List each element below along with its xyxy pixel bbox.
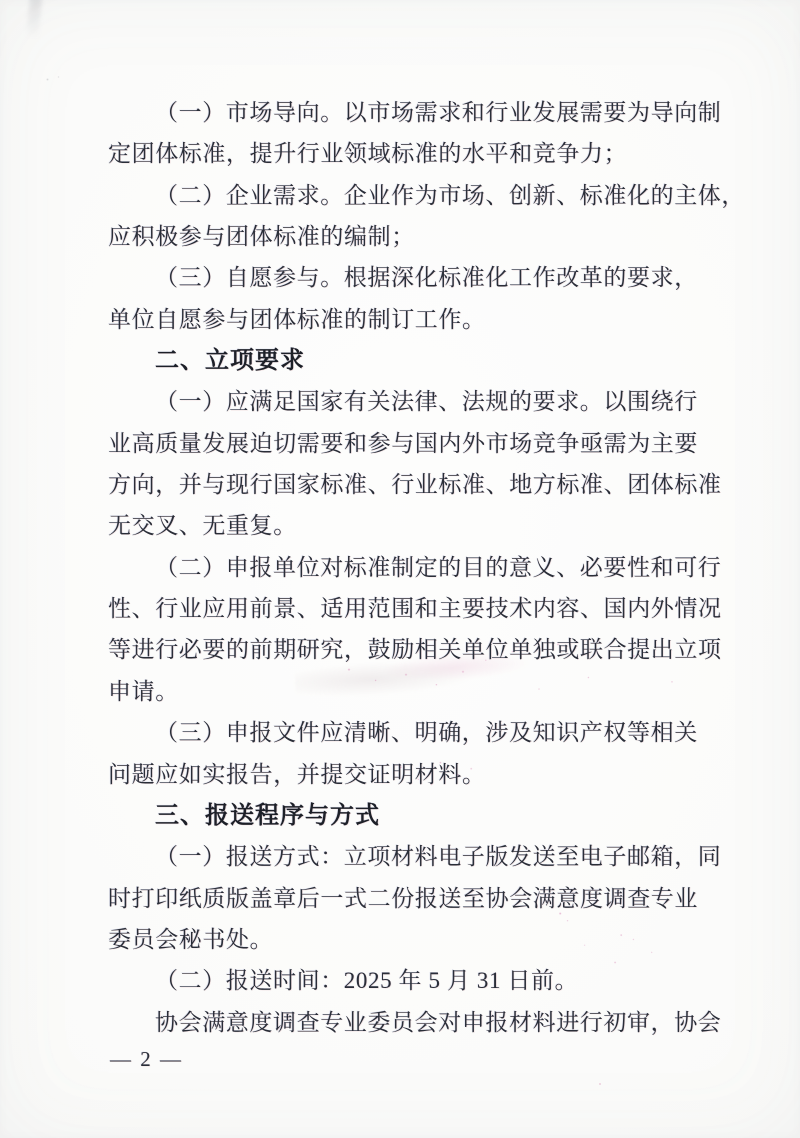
document-body: （一）市场导向。以市场需求和行业发展需要为导向制 定团体标准，提升行业领域标准的… (108, 92, 724, 1043)
paragraph-line: 应积极参与团体标准的编制； (108, 216, 724, 257)
paragraph-line: （一）应满足国家有关法律、法规的要求。以围绕行 (108, 381, 724, 422)
paragraph-line: 等进行必要的前期研究，鼓励相关单位单独或联合提出立项 (108, 629, 724, 670)
paragraph-line: 业高质量发展迫切需要和参与国内外市场竞争亟需为主要 (108, 423, 724, 464)
document-page: （一）市场导向。以市场需求和行业发展需要为导向制 定团体标准，提升行业领域标准的… (0, 0, 800, 1138)
paragraph-line: 协会满意度调查专业委员会对申报材料进行初审，协会 (108, 1002, 724, 1043)
paragraph-line: （一）市场导向。以市场需求和行业发展需要为导向制 (108, 92, 724, 133)
paragraph-line: （二）申报单位对标准制定的目的意义、必要性和可行 (108, 547, 724, 588)
paragraph-line: （一）报送方式：立项材料电子版发送至电子邮箱，同 (108, 836, 724, 877)
paragraph-line: 定团体标准，提升行业领域标准的水平和竞争力； (108, 133, 724, 174)
paragraph-line: （三）申报文件应清晰、明确，涉及知识产权等相关 (108, 712, 724, 753)
paragraph-line: 单位自愿参与团体标准的制订工作。 (108, 299, 724, 340)
paragraph-line: 性、行业应用前景、适用范围和主要技术内容、国内外情况 (108, 588, 724, 629)
paragraph-line: 申请。 (108, 671, 724, 712)
paragraph-line: 问题应如实报告，并提交证明材料。 (108, 754, 724, 795)
section-heading: 三、报送程序与方式 (108, 795, 724, 836)
scan-speckles (42, 74, 64, 84)
paragraph-line: （二）报送时间：2025 年 5 月 31 日前。 (108, 960, 724, 1001)
paragraph-line: 委员会秘书处。 (108, 919, 724, 960)
page-number: — 2 — (110, 1047, 183, 1072)
ink-speckle (594, 1078, 606, 1090)
paragraph-line: （二）企业需求。企业作为市场、创新、标准化的主体， (108, 175, 724, 216)
paragraph-line: 方向，并与现行国家标准、行业标准、地方标准、团体标准 (108, 464, 724, 505)
paragraph-line: 时打印纸质版盖章后一式二份报送至协会满意度调查专业 (108, 878, 724, 919)
section-heading: 二、立项要求 (108, 340, 724, 381)
paragraph-line: 无交叉、无重复。 (108, 505, 724, 546)
scan-streak (26, 0, 42, 39)
paragraph-line: （三）自愿参与。根据深化标准化工作改革的要求， (108, 257, 724, 298)
